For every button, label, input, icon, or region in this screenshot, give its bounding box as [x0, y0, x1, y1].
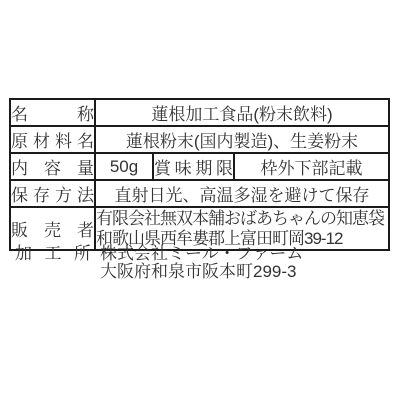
ingredients-value: 蓮根粉末(国内製造)、生姜粉末 — [95, 126, 389, 153]
table-row-name: 名称 蓮根加工食品(粉末飲料) — [10, 99, 389, 126]
storage-value: 直射日光、高温多湿を避けて保存 — [95, 180, 389, 207]
storage-label: 保存方法 — [10, 180, 95, 207]
food-spec-table: 名称 蓮根加工食品(粉末飲料) 原材料名 蓮根粉末(国内製造)、生姜粉末 内容量… — [9, 98, 390, 251]
product-label-sheet: 名称 蓮根加工食品(粉末飲料) 原材料名 蓮根粉末(国内製造)、生姜粉末 内容量… — [0, 0, 400, 400]
table-row-contents: 内容量 50g 賞味期限 枠外下部記載 — [10, 153, 389, 180]
name-label: 名称 — [10, 99, 95, 126]
processor-lines: 株式会社ミール・ファーム 大阪府和泉市阪本町299-3 — [100, 245, 303, 281]
expiry-value: 枠外下部記載 — [234, 153, 389, 180]
table-row-ingredients: 原材料名 蓮根粉末(国内製造)、生姜粉末 — [10, 126, 389, 153]
ingredients-label: 原材料名 — [10, 126, 95, 153]
name-value: 蓮根加工食品(粉末飲料) — [95, 99, 389, 126]
contents-label: 内容量 — [10, 153, 95, 180]
processor-block: 加工所 株式会社ミール・ファーム 大阪府和泉市阪本町299-3 — [15, 245, 303, 281]
expiry-label: 賞味期限 — [153, 153, 234, 180]
contents-value: 50g — [95, 153, 153, 180]
processor-company-line: 株式会社ミール・ファーム — [100, 245, 303, 263]
table-row-storage: 保存方法 直射日光、高温多湿を避けて保存 — [10, 180, 389, 207]
processor-label: 加工所 — [15, 245, 91, 263]
processor-address-line: 大阪府和泉市阪本町299-3 — [100, 263, 303, 281]
seller-company-line: 有限会社無双本舗おばあちゃんの知恵袋 — [96, 209, 388, 229]
